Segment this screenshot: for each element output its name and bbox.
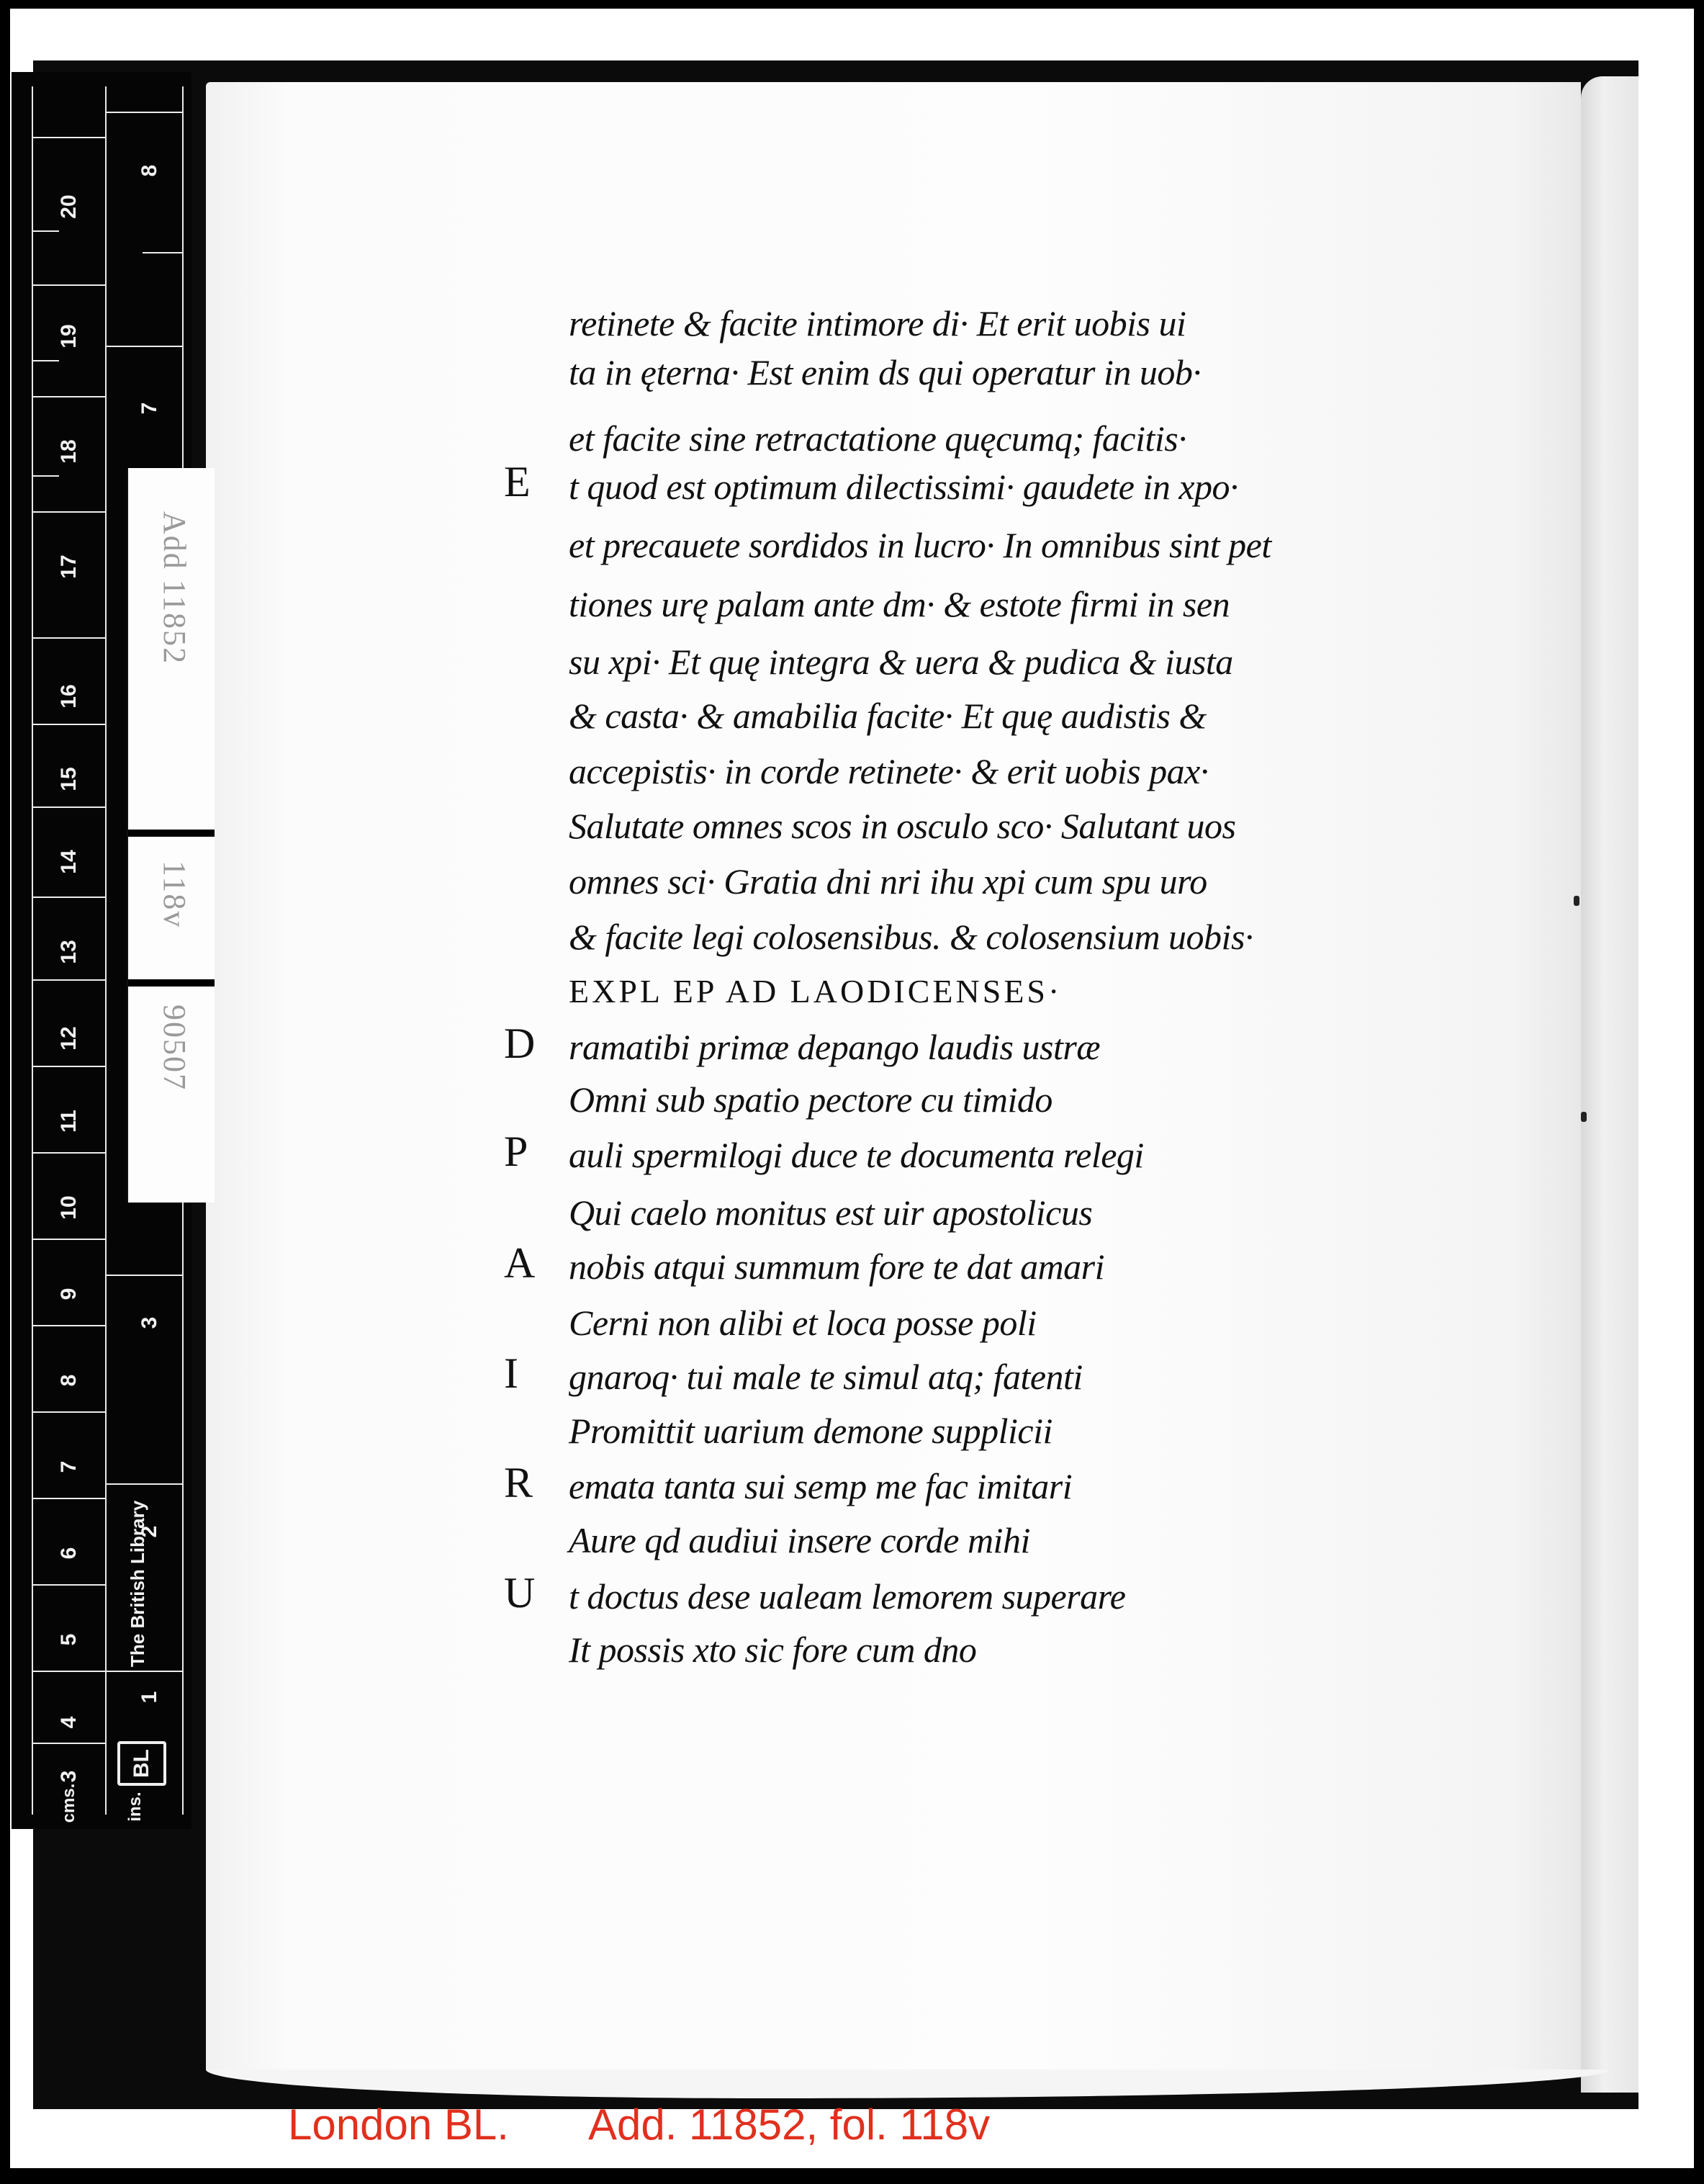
text-line: t doctus dese ualeam lemorem superare xyxy=(569,1576,1125,1617)
text-line: & casta· & amabilia facite· Et quę audis… xyxy=(569,695,1207,737)
pencil-shelfmark: Add 11852 xyxy=(156,511,193,665)
text-line: Qui caelo monitus est uir apostolicus xyxy=(569,1192,1092,1233)
explicit-rubric: EXPL EP AD LAODICENSES· xyxy=(569,972,1062,1010)
inch-mark: 8 xyxy=(138,149,162,192)
cm-mark: 14 xyxy=(57,840,81,884)
text-line: tiones urę palam ante dm· & estote firmi… xyxy=(569,583,1230,625)
text-line: omnes sci· Gratia dni nri ihu xpi cum sp… xyxy=(569,860,1207,902)
cm-mark: 9 xyxy=(57,1272,81,1316)
text-line: emata tanta sui semp me fac imitari xyxy=(569,1465,1072,1507)
text-line: et facite sine retractatione quęcumq; fa… xyxy=(569,418,1186,459)
cm-mark: 8 xyxy=(57,1359,81,1402)
cm-mark: 5 xyxy=(57,1618,81,1661)
decorated-initial: E xyxy=(504,457,531,507)
text-line: It possis xto sic fore cum dno xyxy=(569,1629,976,1671)
frame-bottom xyxy=(0,2168,1704,2184)
decorated-initial: U xyxy=(504,1568,535,1618)
inch-mark: 7 xyxy=(138,387,162,430)
text-line: retinete & facite intimore di· Et erit u… xyxy=(569,302,1186,344)
cm-mark: 4 xyxy=(57,1701,81,1744)
page-lower-edge xyxy=(206,2070,1610,2098)
caption-repository: London BL. xyxy=(288,2100,509,2149)
text-line: Aure qd audiui insere corde mihi xyxy=(569,1519,1030,1561)
decorated-initial: R xyxy=(504,1458,533,1508)
ruler-cm-column: 20 19 18 17 16 15 14 13 12 11 10 9 8 7 6… xyxy=(32,86,107,1815)
cm-mark: 15 xyxy=(57,758,81,801)
decorated-initial: I xyxy=(504,1349,518,1398)
decorated-initial: A xyxy=(504,1239,535,1288)
text-line: nobis atqui summum fore te dat amari xyxy=(569,1246,1104,1288)
text-line: Omni sub spatio pectore cu timido xyxy=(569,1079,1052,1120)
decorated-initial: P xyxy=(504,1127,528,1177)
cm-unit-label: cms. xyxy=(59,1781,79,1825)
pencil-folio: 118v xyxy=(156,860,193,928)
cm-mark: 12 xyxy=(57,1017,81,1060)
ruler-brand: The British Library xyxy=(127,1501,149,1667)
cm-mark: 10 xyxy=(57,1186,81,1229)
text-line: Salutate omnes scos in osculo sco· Salut… xyxy=(569,805,1235,847)
cm-mark: 7 xyxy=(57,1445,81,1488)
cm-mark: 20 xyxy=(57,185,81,228)
cm-mark: 11 xyxy=(57,1100,81,1143)
text-line: auli spermilogi duce te documenta relegi xyxy=(569,1134,1144,1176)
cm-mark: 17 xyxy=(57,545,81,588)
inch-mark: 3 xyxy=(138,1301,162,1344)
pencil-negative-number: 90507 xyxy=(156,1005,193,1091)
cm-mark: 16 xyxy=(57,675,81,718)
cm-mark: 13 xyxy=(57,930,81,974)
text-line: ramatibi primæ depango laudis ustræ xyxy=(569,1026,1100,1068)
text-line: ta in ęterna· Est enim ds qui operatur i… xyxy=(569,351,1201,393)
text-line: accepistis· in corde retinete· & erit uo… xyxy=(569,750,1209,792)
margin-mark xyxy=(1581,1112,1587,1122)
text-line: Cerni non alibi et loca posse poli xyxy=(569,1302,1037,1344)
text-line: et precauete sordidos in lucro· In omnib… xyxy=(569,524,1271,566)
caption-shelfmark: Add. 11852, fol. 118v xyxy=(588,2100,990,2149)
text-line: & facite legi colosensibus. & colosensiu… xyxy=(569,916,1253,958)
margin-mark xyxy=(1574,896,1579,906)
pencil-label-strip: Add 11852 118v 90507 xyxy=(127,468,215,1203)
inch-mark: 1 xyxy=(138,1676,162,1719)
text-line: t quod est optimum dilectissimi· gaudete… xyxy=(569,466,1238,508)
decorated-initial: D xyxy=(504,1019,535,1069)
cm-mark: 6 xyxy=(57,1532,81,1575)
cm-mark: 18 xyxy=(57,430,81,473)
inch-unit-label: ins. xyxy=(125,1785,145,1828)
archive-caption: London BL.Add. 11852, fol. 118v xyxy=(288,2100,1069,2149)
text-line: gnaroq· tui male te simul atq; fatenti xyxy=(569,1356,1083,1398)
text-line: su xpi· Et quę integra & uera & pudica &… xyxy=(569,641,1233,683)
adjacent-leaf xyxy=(1581,76,1638,2093)
british-library-logo-icon: BL xyxy=(117,1741,166,1786)
text-line: Promittit uarium demone supplicii xyxy=(569,1410,1052,1452)
cm-mark: 19 xyxy=(57,315,81,358)
